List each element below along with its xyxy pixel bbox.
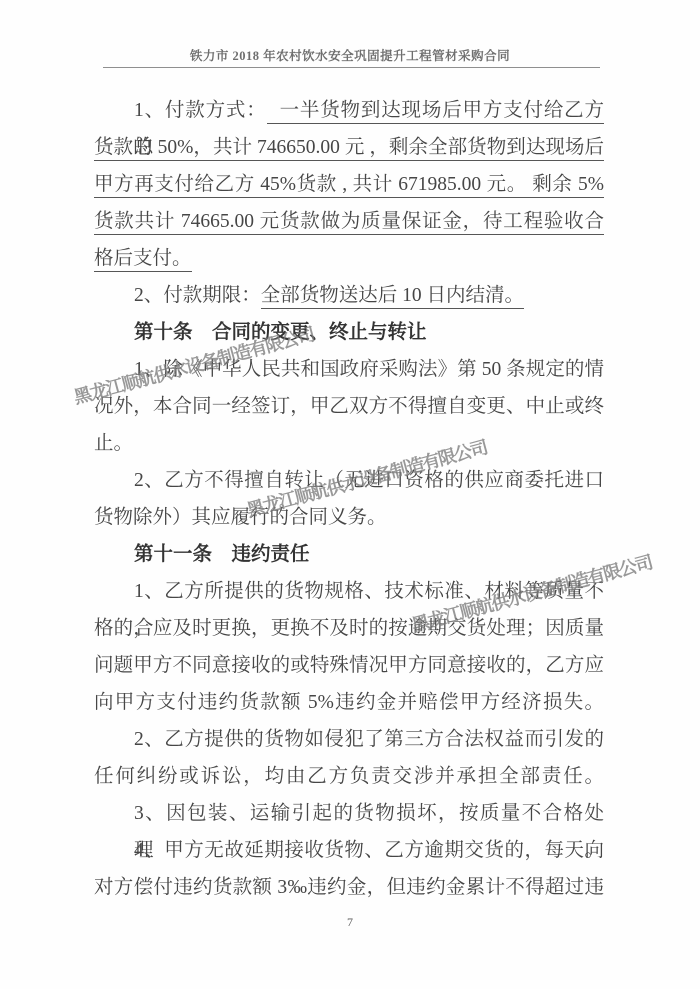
contract-line: 况外，本合同一经签订，甲乙双方不得擅自变更、中止或终 [94, 388, 604, 425]
underlined-text: 货款的 50%，共计 746650.00 元 ，剩余全部货物到达现场后 [94, 137, 604, 161]
line-text: 况外，本合同一经签订，甲乙双方不得擅自变更、中止或终 [94, 396, 604, 417]
underlined-text: 甲方再支付给乙方 45%货款 , 共计 671985.00 元。 剩余 5% [94, 174, 604, 198]
line-text: 1、付款方式： [134, 100, 267, 121]
contract-line: 问题甲方不同意接收的或特殊情况甲方同意接收的，乙方应 [94, 647, 604, 684]
document-header-title: 铁力市 2018 年农村饮水安全巩固提升工程管材采购合同 [0, 46, 700, 64]
contract-line: 格后支付。 [94, 240, 604, 277]
heading-text: 第十条 合同的变更、终止与转让 [134, 322, 427, 343]
contract-line: 4、甲方无故延期接收货物、乙方逾期交货的，每天向 [94, 832, 604, 869]
line-text: 格的，应及时更换，更换不及时的按逾期交货处理；因质量 [94, 618, 604, 639]
line-text: 任何纠纷或诉讼，均由乙方负责交涉并承担全部责任。 [94, 766, 604, 787]
underlined-text: 格后支付。 [94, 248, 192, 272]
contract-line-payment-method: 1、付款方式：一半货物到达现场后甲方支付给乙方总 [94, 92, 604, 129]
page-number: 7 [0, 915, 700, 930]
contract-line: 止。 [94, 425, 604, 462]
contract-line-payment-deadline: 2、付款期限：全部货物送达后 10 日内结清。 [94, 277, 604, 314]
line-text: 4、甲方无故延期接收货物、乙方逾期交货的，每天向 [134, 840, 604, 861]
contract-line: 货物除外）其应履行的合同义务。 [94, 499, 604, 536]
header-rule [103, 67, 600, 68]
line-text: 2、乙方提供的货物如侵犯了第三方合法权益而引发的 [134, 729, 604, 750]
underlined-text: 货款共计 74665.00 元货款做为质量保证金，待工程验收合 [94, 211, 604, 235]
line-text: 2、付款期限： [134, 285, 261, 306]
heading-text: 第十一条 违约责任 [134, 544, 310, 565]
contract-line: 货款的 50%，共计 746650.00 元 ，剩余全部货物到达现场后 [94, 129, 604, 166]
article-heading-11: 第十一条 违约责任 [94, 536, 604, 573]
contract-line: 2、乙方不得擅自转让（无进口资格的供应商委托进口 [94, 462, 604, 499]
underlined-text: 全部货物送达后 10 日内结清。 [261, 285, 524, 309]
line-text: 对方偿付违约货款额 3‰违约金，但违约金累计不得超过违 [94, 877, 604, 898]
contract-body: 1、付款方式：一半货物到达现场后甲方支付给乙方总 货款的 50%，共计 7466… [94, 92, 604, 906]
line-text: 向甲方支付违约货款额 5%违约金并赔偿甲方经济损失。 [94, 692, 604, 713]
contract-line: 对方偿付违约货款额 3‰违约金，但违约金累计不得超过违 [94, 869, 604, 906]
contract-line: 向甲方支付违约货款额 5%违约金并赔偿甲方经济损失。 [94, 684, 604, 721]
line-text: 货物除外）其应履行的合同义务。 [94, 507, 387, 528]
line-text: 止。 [94, 433, 133, 454]
contract-line: 1、乙方所提供的货物规格、技术标准、材料等质量不合 [94, 573, 604, 610]
contract-line: 任何纠纷或诉讼，均由乙方负责交涉并承担全部责任。 [94, 758, 604, 795]
contract-line: 2、乙方提供的货物如侵犯了第三方合法权益而引发的 [94, 721, 604, 758]
line-text: 1、除《中华人民共和国政府采购法》第 50 条规定的情 [134, 359, 604, 380]
contract-page: 铁力市 2018 年农村饮水安全巩固提升工程管材采购合同 1、付款方式：一半货物… [0, 0, 700, 989]
contract-line: 1、除《中华人民共和国政府采购法》第 50 条规定的情 [94, 351, 604, 388]
contract-line: 甲方再支付给乙方 45%货款 , 共计 671985.00 元。 剩余 5% [94, 166, 604, 203]
line-text: 问题甲方不同意接收的或特殊情况甲方同意接收的，乙方应 [94, 655, 604, 676]
article-heading-10: 第十条 合同的变更、终止与转让 [94, 314, 604, 351]
contract-line: 格的，应及时更换，更换不及时的按逾期交货处理；因质量 [94, 610, 604, 647]
line-text: 2、乙方不得擅自转让（无进口资格的供应商委托进口 [134, 470, 604, 491]
contract-line: 货款共计 74665.00 元货款做为质量保证金，待工程验收合 [94, 203, 604, 240]
contract-line: 3、因包装、运输引起的货物损坏，按质量不合格处理。 [94, 795, 604, 832]
